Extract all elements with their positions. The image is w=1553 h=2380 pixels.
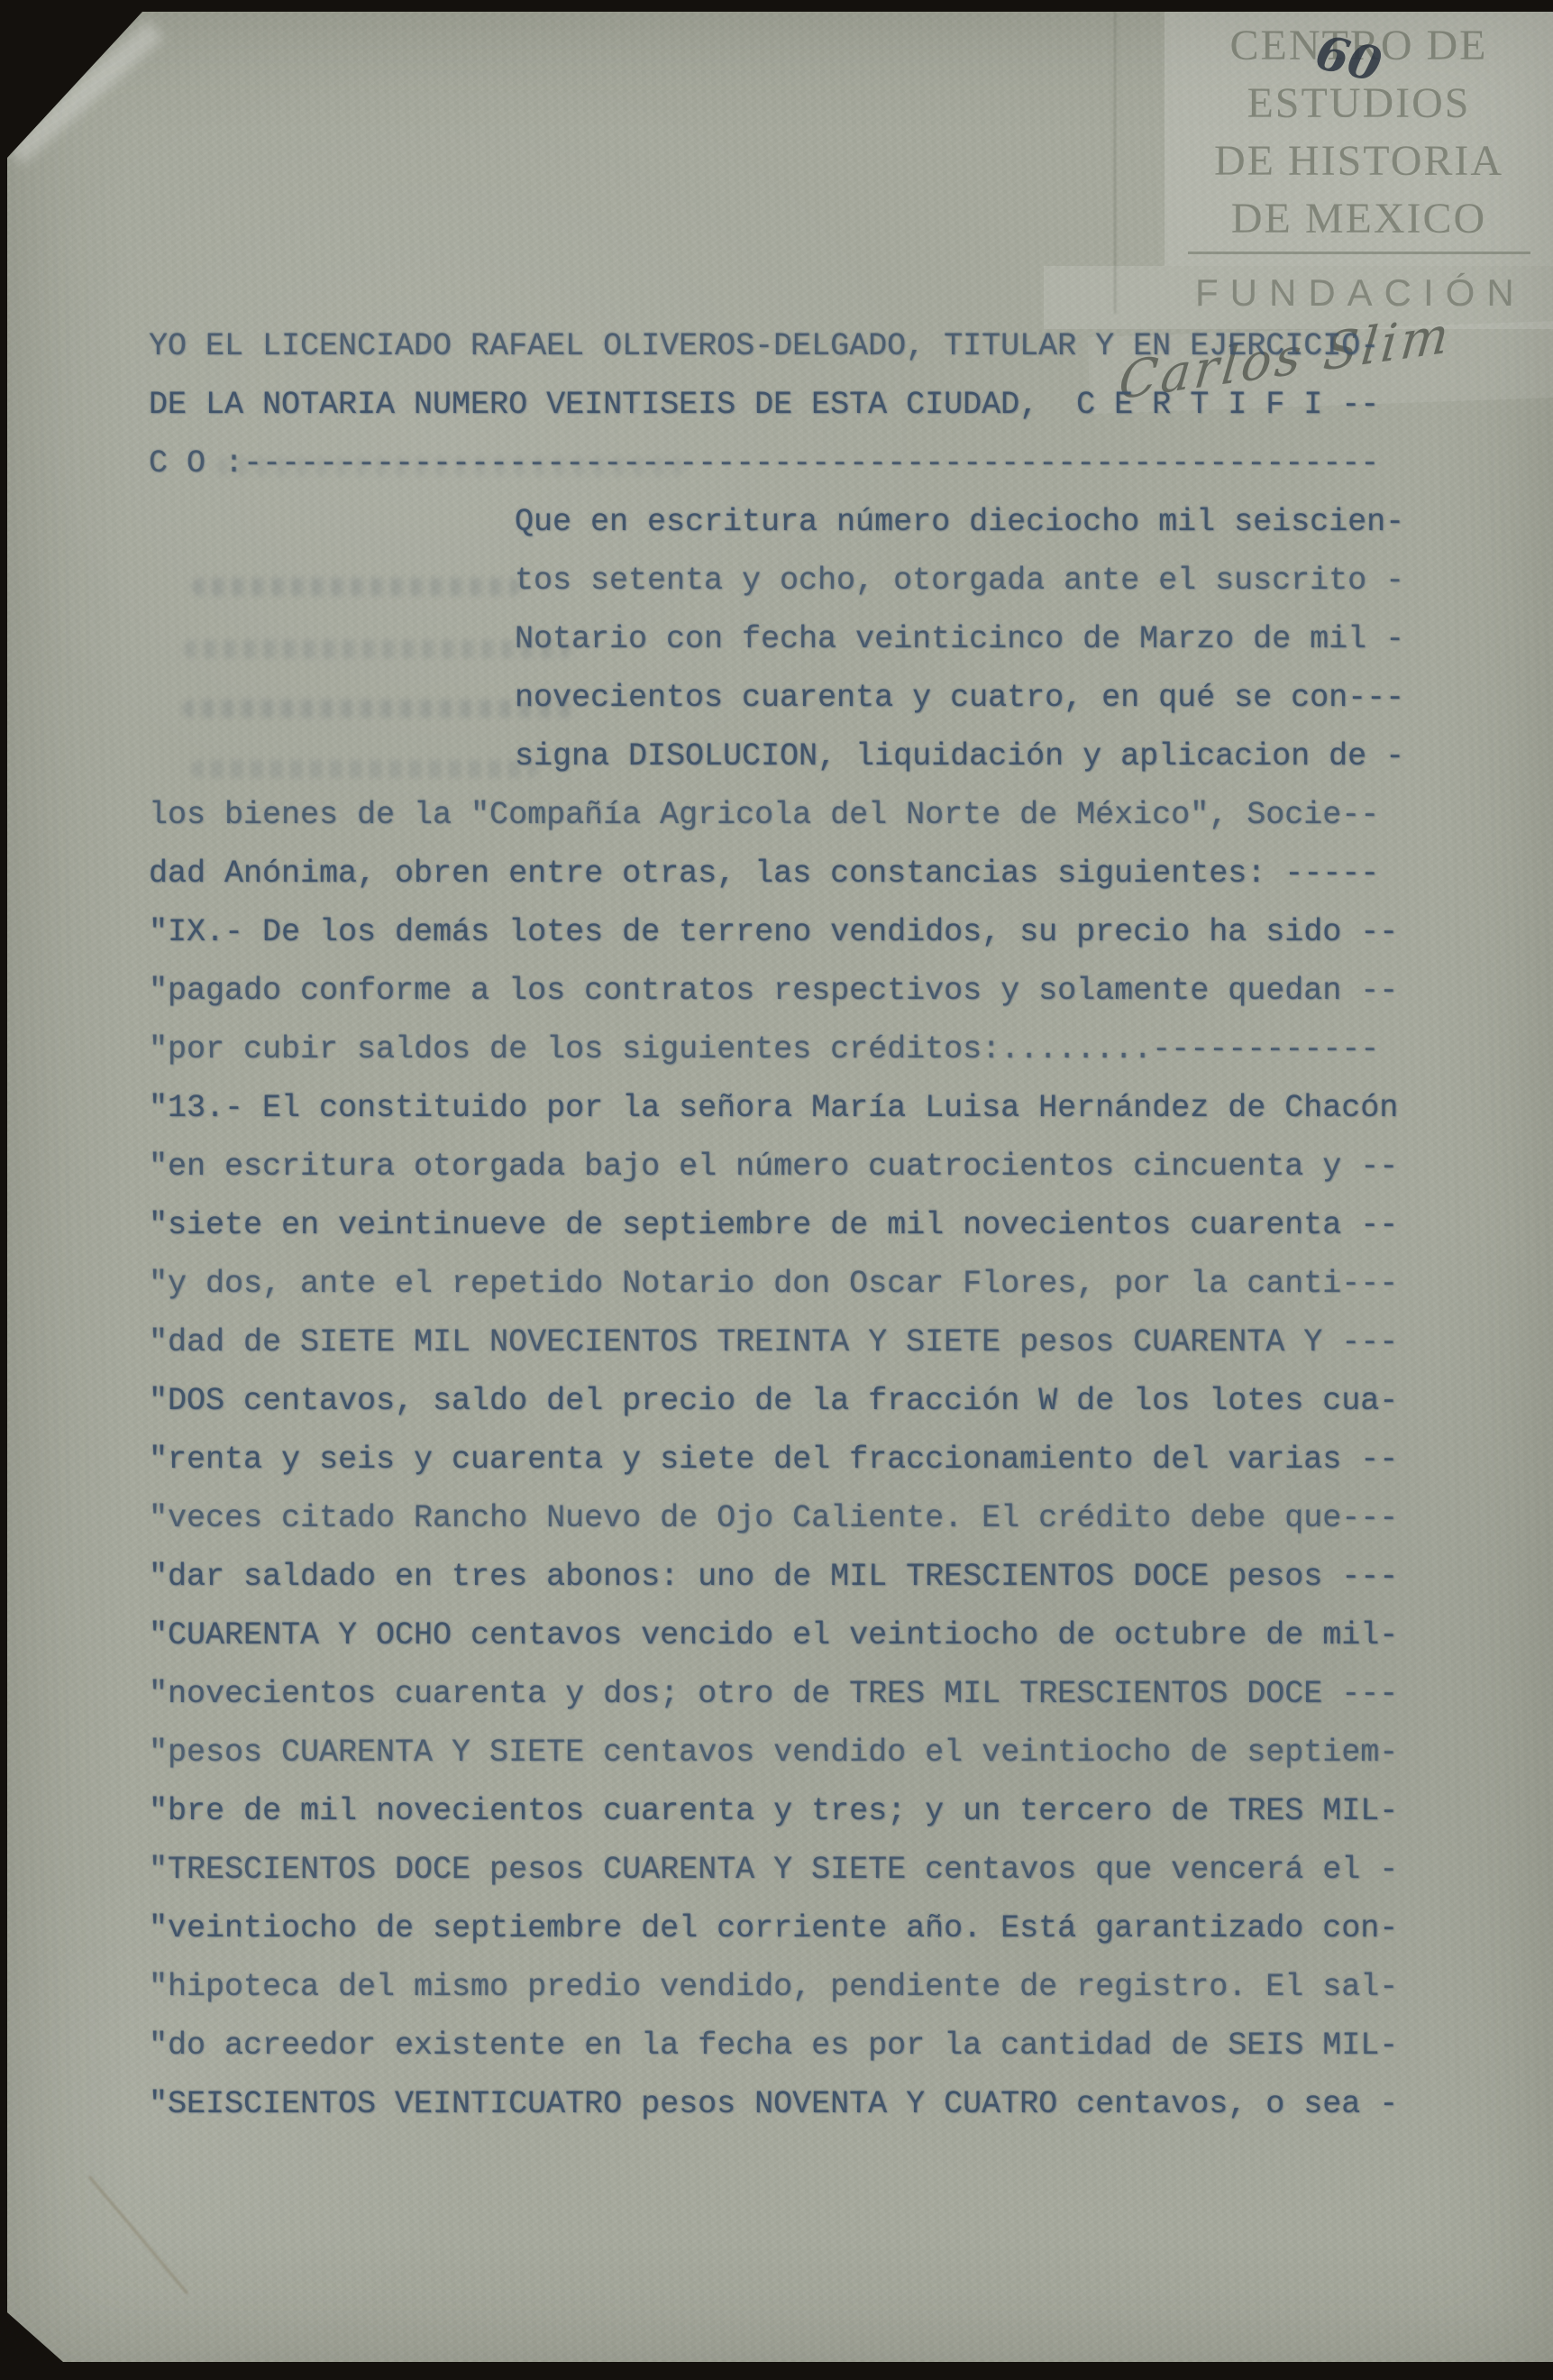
typed-line: "siete en veintinueve de septiembre de m… [149,1196,1483,1255]
typed-line: "SEISCIENTOS VEINTICUATRO pesos NOVENTA … [149,2075,1483,2134]
typed-line: "veces citado Rancho Nuevo de Ojo Calien… [149,1489,1483,1548]
typed-line: "veintiocho de septiembre del corriente … [149,1899,1483,1958]
scratch-mark [88,2175,189,2294]
typed-line: "novecientos cuarenta y dos; otro de TRE… [149,1665,1483,1724]
watermark-line: DE HISTORIA [1165,133,1553,190]
typed-line: signa DISOLUCION, liquidación y aplicaci… [149,728,1483,786]
watermark-line: DE MEXICO [1165,190,1553,248]
scanned-document-page: { "watermark": { "lines": ["CENTRO DE", … [0,0,1553,2380]
typed-line: novecientos cuarenta y cuatro, en qué se… [149,669,1483,728]
corner-fold-highlight [7,20,163,164]
watermark-divider [1188,252,1530,254]
watermark-foundation-label: FUNDACIÓN [1195,271,1553,315]
typed-line: "dar saldado en tres abonos: uno de MIL … [149,1548,1483,1606]
typed-line: "dad de SIETE MIL NOVECIENTOS TREINTA Y … [149,1314,1483,1372]
typed-line: C O :-----------------------------------… [149,435,1483,493]
typed-line: "13.- El constituido por la señora María… [149,1079,1483,1138]
typed-line: tos setenta y ocho, otorgada ante el sus… [149,552,1483,610]
typed-line: "CUARENTA Y OCHO centavos vencido el vei… [149,1606,1483,1665]
typed-line: Que en escritura número dieciocho mil se… [149,493,1483,552]
typed-line: "renta y seis y cuarenta y siete del fra… [149,1431,1483,1489]
typed-line: "en escritura otorgada bajo el número cu… [149,1138,1483,1196]
typed-line: "IX.- De los demás lotes de terreno vend… [149,903,1483,962]
typed-line: dad Anónima, obren entre otras, las cons… [149,845,1483,903]
typed-line: "DOS centavos, saldo del precio de la fr… [149,1372,1483,1431]
typed-line: DE LA NOTARIA NUMERO VEINTISEIS DE ESTA … [149,376,1483,435]
typed-line: YO EL LICENCIADO RAFAEL OLIVEROS-DELGADO… [149,317,1483,376]
typed-line: "por cubir saldos de los siguientes créd… [149,1021,1483,1079]
vertical-crease [1114,12,1116,314]
typed-line: "do acreedor existente en la fecha es po… [149,2017,1483,2075]
typed-text: YO EL LICENCIADO RAFAEL OLIVEROS-DELGADO… [149,317,1483,2134]
typed-line: "pesos CUARENTA Y SIETE centavos vendido… [149,1724,1483,1782]
typed-line: "hipoteca del mismo predio vendido, pend… [149,1958,1483,2017]
typed-line: "pagado conforme a los contratos respect… [149,962,1483,1021]
typed-line: Notario con fecha veinticinco de Marzo d… [149,610,1483,669]
typed-line: "TRESCIENTOS DOCE pesos CUARENTA Y SIETE… [149,1841,1483,1899]
typed-line: los bienes de la "Compañía Agricola del … [149,786,1483,845]
typed-line: "bre de mil novecientos cuarenta y tres;… [149,1782,1483,1841]
paper-sheet: CENTRO DEESTUDIOSDE HISTORIADE MEXICO FU… [7,12,1553,2362]
typed-line: "y dos, ante el repetido Notario don Osc… [149,1255,1483,1314]
